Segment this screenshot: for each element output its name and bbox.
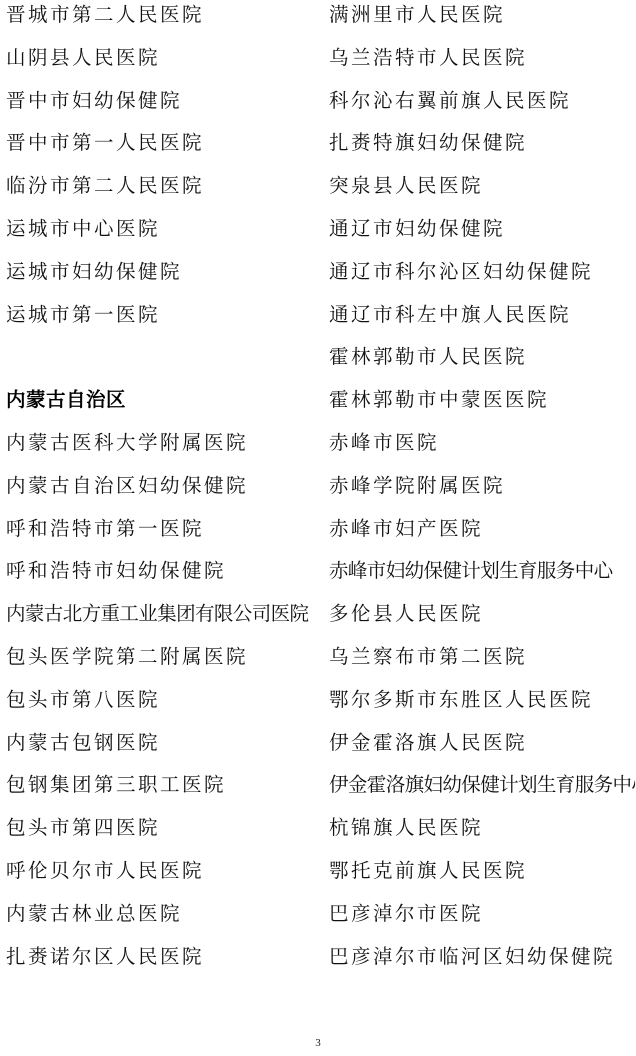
hospital-item: 呼和浩特市妇幼保健院 [6,556,322,599]
hospital-item: 呼和浩特市第一医院 [6,514,322,557]
hospital-item: 扎赉诺尔区人民医院 [6,942,322,985]
hospital-item: 赤峰市医院 [329,428,635,471]
hospital-item: 巴彦淖尔市医院 [329,899,635,942]
hospital-item: 满洲里市人民医院 [329,0,635,43]
hospital-item: 杭锦旗人民医院 [329,813,635,856]
hospital-item: 伊金霍洛旗人民医院 [329,728,635,771]
hospital-item: 乌兰浩特市人民医院 [329,43,635,86]
hospital-item: 临汾市第二人民医院 [6,171,322,214]
hospital-item: 乌兰察布市第二医院 [329,642,635,685]
hospital-item: 科尔沁右翼前旗人民医院 [329,86,635,129]
hospital-item: 晋中市第一人民医院 [6,128,322,171]
hospital-item: 鄂尔多斯市东胜区人民医院 [329,685,635,728]
hospital-item: 霍林郭勒市人民医院 [329,342,635,385]
hospital-item: 扎赉特旗妇幼保健院 [329,128,635,171]
hospital-item: 伊金霍洛旗妇幼保健计划生育服务中心 [329,770,635,813]
hospital-item: 包钢集团第三职工医院 [6,770,322,813]
page-number: 3 [0,1037,636,1049]
hospital-item: 内蒙古自治区妇幼保健院 [6,471,322,514]
hospital-item: 赤峰学院附属医院 [329,471,635,514]
hospital-item: 运城市妇幼保健院 [6,257,322,300]
hospital-item: 内蒙古包钢医院 [6,728,322,771]
hospital-item: 包头医学院第二附属医院 [6,642,322,685]
hospital-item: 通辽市妇幼保健院 [329,214,635,257]
blank-line [6,342,322,385]
hospital-item: 霍林郭勒市中蒙医医院 [329,385,635,428]
hospital-item: 赤峰市妇幼保健计划生育服务中心 [329,556,635,599]
hospital-item: 呼伦贝尔市人民医院 [6,856,322,899]
hospital-item: 运城市中心医院 [6,214,322,257]
region-heading: 内蒙古自治区 [6,385,322,428]
hospital-item: 包头市第八医院 [6,685,322,728]
hospital-item: 山阴县人民医院 [6,43,322,86]
hospital-item: 赤峰市妇产医院 [329,514,635,557]
hospital-item: 内蒙古林业总医院 [6,899,322,942]
hospital-item: 包头市第四医院 [6,813,322,856]
hospital-item: 鄂托克前旗人民医院 [329,856,635,899]
hospital-item: 晋城市第二人民医院 [6,0,322,43]
hospital-item: 通辽市科尔沁区妇幼保健院 [329,257,635,300]
hospital-item: 内蒙古北方重工业集团有限公司医院 [6,599,322,642]
left-column: 晋城市第二人民医院 山阴县人民医院 晋中市妇幼保健院 晋中市第一人民医院 临汾市… [6,0,322,984]
hospital-item: 晋中市妇幼保健院 [6,86,322,129]
hospital-item: 通辽市科左中旗人民医院 [329,300,635,343]
hospital-item: 巴彦淖尔市临河区妇幼保健院 [329,942,635,985]
hospital-item: 突泉县人民医院 [329,171,635,214]
document-page: 晋城市第二人民医院 山阴县人民医院 晋中市妇幼保健院 晋中市第一人民医院 临汾市… [0,0,636,1056]
right-column: 满洲里市人民医院 乌兰浩特市人民医院 科尔沁右翼前旗人民医院 扎赉特旗妇幼保健院… [329,0,635,984]
hospital-item: 多伦县人民医院 [329,599,635,642]
hospital-item: 运城市第一医院 [6,300,322,343]
hospital-item: 内蒙古医科大学附属医院 [6,428,322,471]
